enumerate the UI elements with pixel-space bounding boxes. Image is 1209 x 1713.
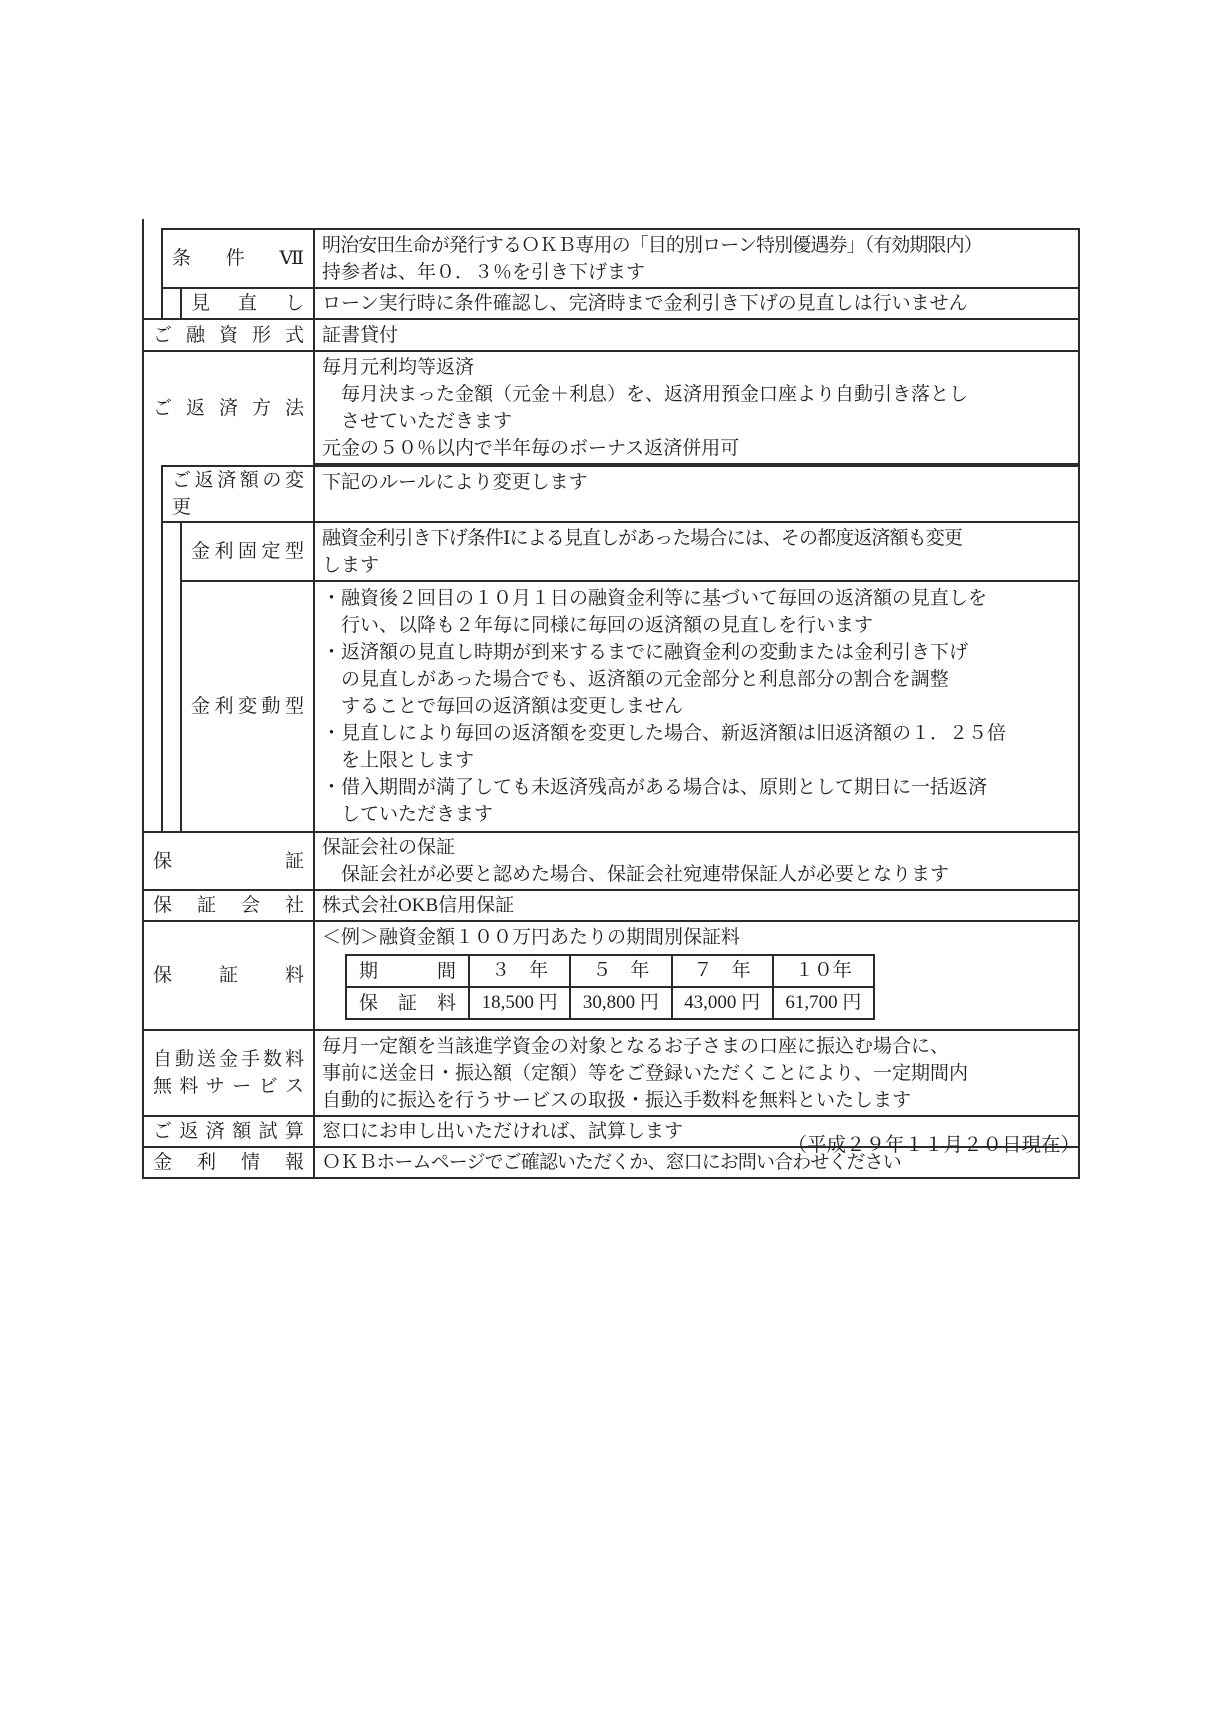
row-label-variable-rate: 金利変動型 — [180, 582, 315, 831]
content-line: 元金の５０％以内で半年毎のボーナス返済併用可 — [322, 435, 1070, 462]
row-fixed-rate: 金利固定型 融資金利引き下げ条件Ⅰによる見直しがあった場合には、その都度返済額も… — [144, 523, 1078, 582]
row-label-fixed-rate: 金利固定型 — [180, 523, 315, 582]
row-guarantee: 保証 保証会社の保証 保証会社が必要と認めた場合、保証会社宛連帯保証人が必要とな… — [144, 833, 1078, 891]
fee-period-cell: ５ 年 — [569, 956, 670, 986]
fee-period-cell: ３ 年 — [468, 956, 569, 986]
fee-table-row-label: 保証料 — [347, 988, 468, 1018]
content-line: 融資金利引き下げ条件Ⅰによる見直しがあった場合には、その都度返済額も変更 — [322, 525, 1070, 552]
fee-period-cell: ７ 年 — [671, 956, 772, 986]
row-variable-rate: 金利変動型 ・融資後２回目の１０月１日の融資金利等に基づいて毎回の返済額の見直し… — [144, 582, 1078, 833]
row-content-variable-rate: ・融資後２回目の１０月１日の融資金利等に基づいて毎回の返済額の見直しを 行い、以… — [315, 582, 1078, 831]
row-review: 見直し ローン実行時に条件確認し、完済時まで金利引き下げの見直しは行いません — [144, 289, 1078, 320]
indent-spacer — [144, 289, 163, 318]
fee-period-cell: １０年 — [772, 956, 873, 986]
row-label-auto-transfer: 自動送金手数料 無料サービス — [144, 1031, 315, 1115]
content-line: することで毎回の返済額は変更しません — [322, 693, 1070, 720]
guarantee-fee-table: 期間 ３ 年 ５ 年 ７ 年 １０年 保証料 18,500 円 30,800 円… — [345, 954, 875, 1020]
row-content-guarantee-company: 株式会社OKB信用保証 — [315, 891, 1078, 920]
row-label-repayment-method: ご返済方法 — [144, 352, 315, 465]
fee-amount-cell: 18,500 円 — [468, 988, 569, 1018]
content-line: ローン実行時に条件確認し、完済時まで金利引き下げの見直しは行いません — [322, 290, 1070, 317]
row-label-guarantee-fee: 保証料 — [144, 922, 315, 1029]
row-finance-form: ご融資形式 証書貸付 — [144, 320, 1078, 352]
content-line: 毎月一定額を当該進学資金の対象となるお子さまの口座に振込む場合に、 — [322, 1033, 1070, 1060]
indent-spacer — [144, 465, 161, 523]
content-line: 持参者は、年０．３％を引き下げます — [322, 259, 1070, 286]
row-content-guarantee: 保証会社の保証 保証会社が必要と認めた場合、保証会社宛連帯保証人が必要となります — [315, 833, 1078, 889]
page-continuation-border — [142, 219, 144, 228]
row-content-repayment-method: 毎月元利均等返済 毎月決まった金額（元金＋利息）を、返済用預金口座より自動引き落… — [315, 352, 1078, 465]
fee-table-header-row: 期間 ３ 年 ５ 年 ７ 年 １０年 — [347, 956, 873, 986]
row-label-finance-form: ご融資形式 — [144, 320, 315, 350]
row-content-repayment-change: 下記のルールにより変更します — [315, 465, 1078, 523]
row-label-line: 無料サービス — [144, 1073, 313, 1100]
content-line: 自動的に振込を行うサービスの取扱・振込手数料を無料といたします — [322, 1087, 1070, 1114]
fee-table-header-label: 期間 — [347, 956, 468, 986]
row-content-condition-7: 明治安田生命が発行するＯＫＢ専用の「目的別ローン特別優遇券」（有効期限内） 持参… — [315, 228, 1078, 289]
as-of-date-note: （平成２９年１１月２０日現在） — [787, 1132, 1080, 1160]
row-label-condition-7: 条件Ⅶ — [161, 228, 315, 289]
indent-spacer — [144, 582, 163, 831]
row-repayment-method: ご返済方法 毎月元利均等返済 毎月決まった金額（元金＋利息）を、返済用預金口座よ… — [144, 352, 1078, 465]
row-content-guarantee-fee: ＜例＞融資金額１００万円あたりの期間別保証料 期間 ３ 年 ５ 年 ７ 年 １０… — [315, 922, 1078, 1029]
content-line: 明治安田生命が発行するＯＫＢ専用の「目的別ローン特別優遇券」（有効期限内） — [322, 232, 1070, 259]
content-line: 保証会社の保証 — [322, 834, 1070, 861]
content-line: します — [322, 552, 1070, 579]
loan-conditions-table: 条件Ⅶ 明治安田生命が発行するＯＫＢ専用の「目的別ローン特別優遇券」（有効期限内… — [142, 228, 1080, 1179]
content-line: 事前に送金日・振込額（定額）等をご登録いただくことにより、一定期間内 — [322, 1060, 1070, 1087]
content-line: の見直しがあった場合でも、返済額の元金部分と利息部分の割合を調整 — [322, 666, 1070, 693]
row-label-guarantee-company: 保証会社 — [144, 891, 315, 920]
content-line: 保証会社が必要と認めた場合、保証会社宛連帯保証人が必要となります — [322, 861, 1070, 888]
content-line: ・借入期間が満了しても未返済残高がある場合は、原則として期日に一括返済 — [322, 774, 1070, 801]
row-label-review: 見直し — [180, 289, 315, 318]
row-guarantee-fee: 保証料 ＜例＞融資金額１００万円あたりの期間別保証料 期間 ３ 年 ５ 年 ７ … — [144, 922, 1078, 1031]
content-line: 行い、以降も２年毎に同様に毎回の返済額の見直しを行います — [322, 612, 1070, 639]
row-label-repayment-trial: ご返済額試算 — [144, 1117, 315, 1146]
indent-spacer — [144, 228, 161, 289]
content-line: 毎月決まった金額（元金＋利息）を、返済用預金口座より自動引き落とし — [322, 381, 1070, 408]
content-line: させていただきます — [322, 408, 1070, 435]
indent-spacer — [163, 582, 180, 831]
content-line: 株式会社OKB信用保証 — [322, 892, 1070, 919]
content-line: 証書貸付 — [322, 322, 1070, 349]
row-content-auto-transfer: 毎月一定額を当該進学資金の対象となるお子さまの口座に振込む場合に、 事前に送金日… — [315, 1031, 1078, 1115]
row-condition-7: 条件Ⅶ 明治安田生命が発行するＯＫＢ専用の「目的別ローン特別優遇券」（有効期限内… — [144, 228, 1078, 289]
row-guarantee-company: 保証会社 株式会社OKB信用保証 — [144, 891, 1078, 922]
fee-amount-cell: 43,000 円 — [671, 988, 772, 1018]
content-line: していただきます — [322, 801, 1070, 828]
row-repayment-change: ご返済額の変更 下記のルールにより変更します — [144, 465, 1078, 523]
content-line: ・融資後２回目の１０月１日の融資金利等に基づいて毎回の返済額の見直しを — [322, 585, 1070, 612]
row-label-rate-info: 金利情報 — [144, 1148, 315, 1177]
row-label-repayment-change: ご返済額の変更 — [161, 465, 315, 523]
content-line: 下記のルールにより変更します — [322, 469, 1070, 496]
indent-spacer — [163, 289, 180, 318]
fee-table-value-row: 保証料 18,500 円 30,800 円 43,000 円 61,700 円 — [347, 986, 873, 1018]
content-line: ・見直しにより毎回の返済額を変更した場合、新返済額は旧返済額の１．２５倍 — [322, 720, 1070, 747]
indent-spacer — [163, 523, 180, 582]
indent-spacer — [144, 523, 163, 582]
row-auto-transfer: 自動送金手数料 無料サービス 毎月一定額を当該進学資金の対象となるお子さまの口座… — [144, 1031, 1078, 1117]
row-content-fixed-rate: 融資金利引き下げ条件Ⅰによる見直しがあった場合には、その都度返済額も変更 します — [315, 523, 1078, 582]
fee-amount-cell: 30,800 円 — [569, 988, 670, 1018]
fee-table-caption: ＜例＞融資金額１００万円あたりの期間別保証料 — [322, 924, 1070, 951]
content-line: を上限とします — [322, 747, 1070, 774]
row-label-guarantee: 保証 — [144, 833, 315, 889]
content-line: 毎月元利均等返済 — [322, 354, 1070, 381]
row-content-finance-form: 証書貸付 — [315, 320, 1078, 350]
content-line: ・返済額の見直し時期が到来するまでに融資金利の変動または金利引き下げ — [322, 639, 1070, 666]
row-label-line: 自動送金手数料 — [144, 1046, 313, 1073]
fee-amount-cell: 61,700 円 — [772, 988, 873, 1018]
row-content-review: ローン実行時に条件確認し、完済時まで金利引き下げの見直しは行いません — [315, 289, 1078, 318]
